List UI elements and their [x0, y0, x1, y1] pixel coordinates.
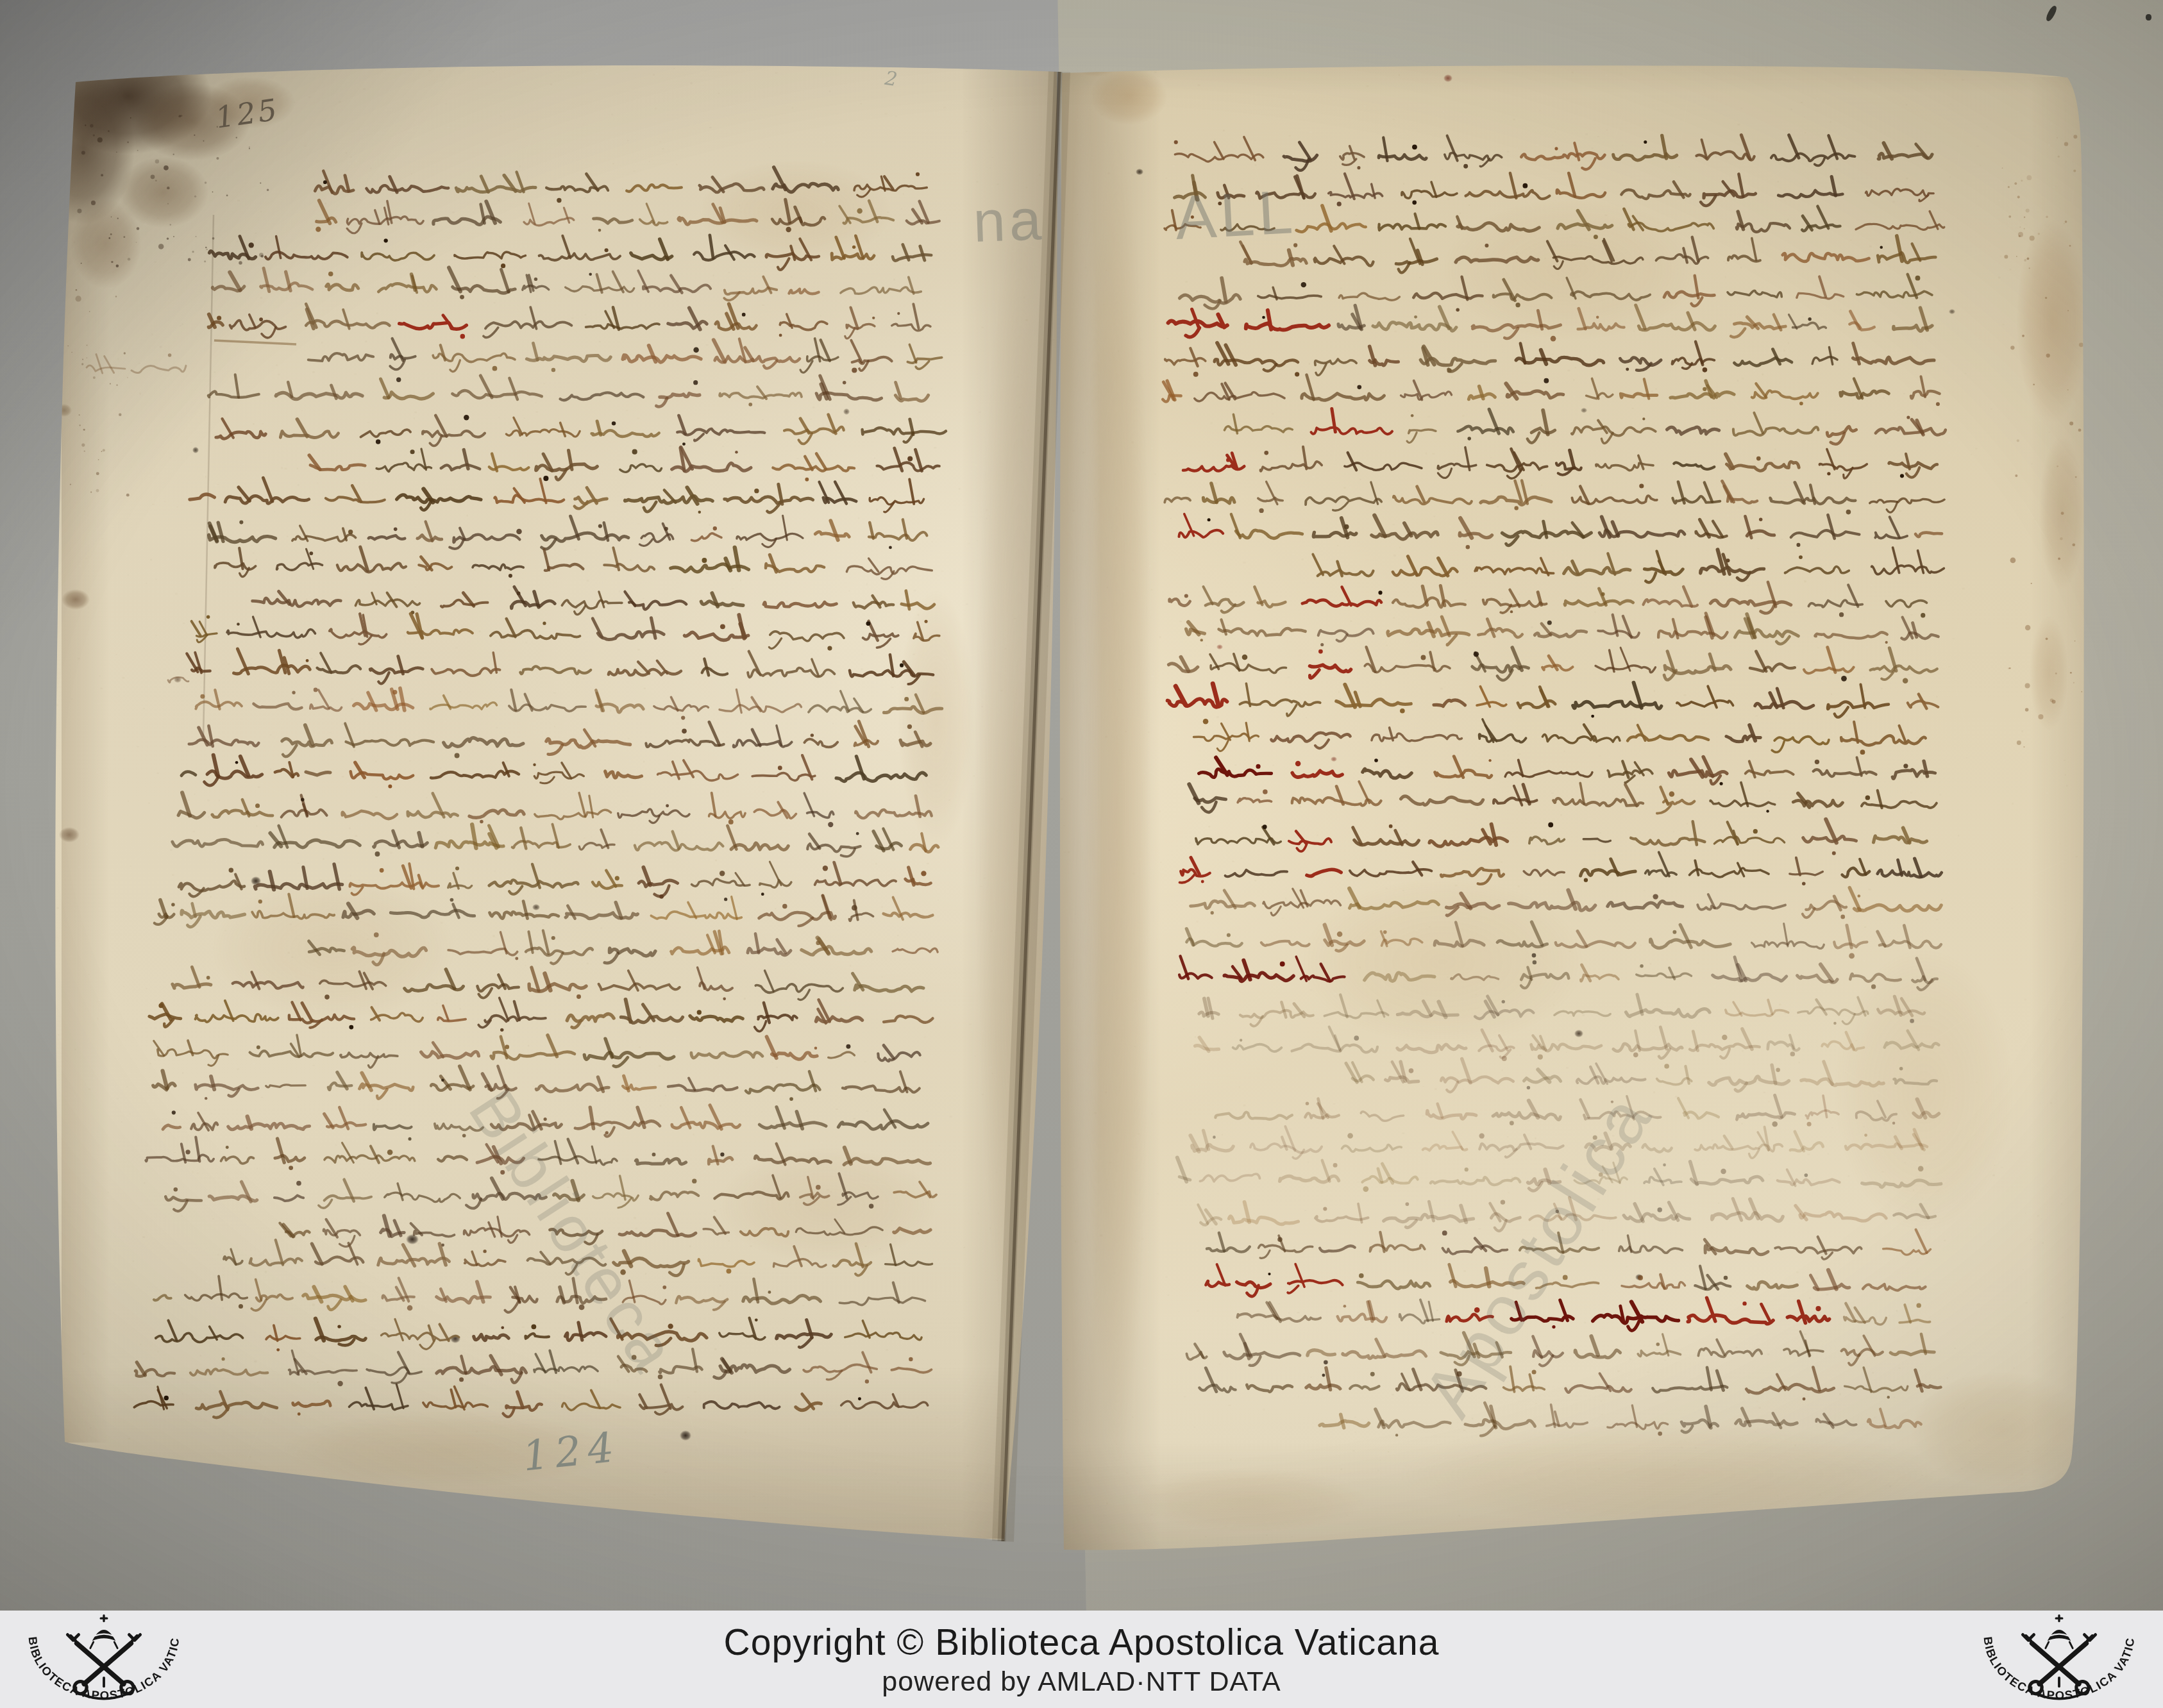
- dirt-speck: [2146, 14, 2151, 21]
- copyright-footer-bar: BIBLIOTECA APOSTOLICA VATICANA Copyright…: [0, 1611, 2163, 1708]
- copyright-text: Copyright © Biblioteca Apostolica Vatica…: [724, 1620, 1440, 1665]
- digitized-manuscript-photo: naALLBibliotecaApostolica 125 124 2 BIBL…: [0, 0, 2163, 1708]
- vatican-library-emblem-left: BIBLIOTECA APOSTOLICA VATICANA: [17, 1612, 191, 1706]
- vatican-library-emblem-right: BIBLIOTECA APOSTOLICA VATICANA: [1972, 1612, 2146, 1706]
- powered-by-text: powered by AMLAD·NTT DATA: [724, 1665, 1440, 1698]
- footer-text-block: Copyright © Biblioteca Apostolica Vatica…: [724, 1620, 1440, 1698]
- handwriting-canvas-right: [1057, 56, 2085, 1560]
- handwriting-canvas-left: [51, 61, 1065, 1548]
